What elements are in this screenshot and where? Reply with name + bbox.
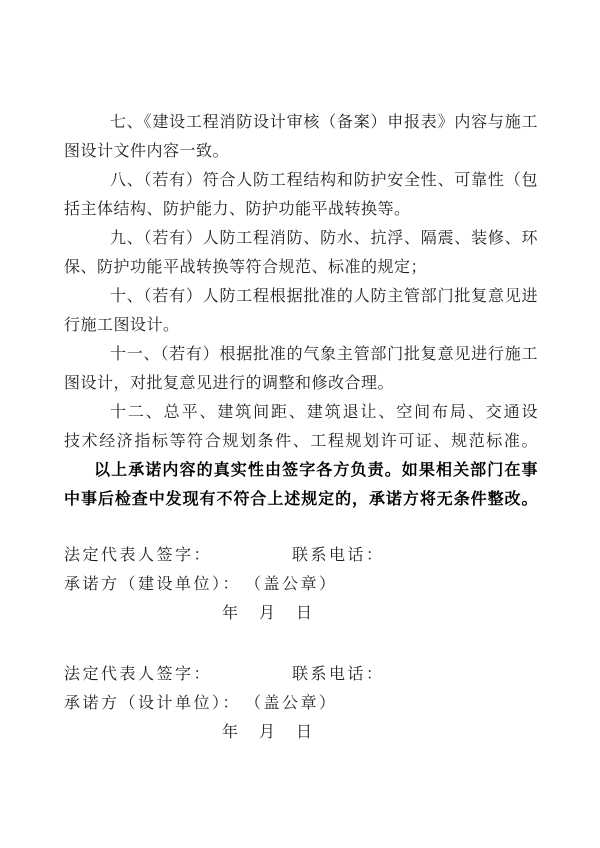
body-line: 七、《建设工程消防设计审核（备案）申报表》内容与施工 xyxy=(64,108,538,137)
date-row: 年 月 日 xyxy=(64,599,600,628)
body-line: 括主体结构、防护能力、防护功能平战转换等。 xyxy=(64,195,538,224)
official-seal-label: （盖公章） xyxy=(253,576,338,593)
body-line: 十、（若有）人防工程根据批准的人防主管部门批复意见进 xyxy=(64,282,538,311)
official-seal-label: （盖公章） xyxy=(253,695,338,712)
party-row: 承诺方（设计单位）：（盖公章） xyxy=(64,689,600,718)
date-row: 年 月 日 xyxy=(64,718,600,747)
body-line: 八、（若有）符合人防工程结构和防护安全性、可靠性（包 xyxy=(64,166,538,195)
commitment-line: 中事后检查中发现有不符合上述规定的，承诺方将无条件整改。 xyxy=(64,485,538,514)
party-row: 承诺方（建设单位）：（盖公章） xyxy=(64,570,600,599)
legal-representative-signature-label: 法定代表人签字： xyxy=(64,547,212,564)
promising-party-label: 承诺方（建设单位）： xyxy=(64,576,241,593)
body-line: 十二、总平、建筑间距、建筑退让、空间布局、交通设计、 xyxy=(64,398,538,427)
signature-block-construction-unit: 法定代表人签字：联系电话： 承诺方（建设单位）：（盖公章） 年 月 日 xyxy=(64,541,600,628)
body-line: 行施工图设计。 xyxy=(64,311,538,340)
signature-block-design-unit: 法定代表人签字：联系电话： 承诺方（设计单位）：（盖公章） 年 月 日 xyxy=(64,660,600,747)
body-line: 九、（若有）人防工程消防、防水、抗浮、隔震、装修、环 xyxy=(64,224,538,253)
commitment-line: 以上承诺内容的真实性由签字各方负责。如果相关部门在事 xyxy=(64,456,538,485)
contact-phone-label: 联系电话： xyxy=(292,547,385,564)
body-line: 保、防护功能平战转换等符合规范、标准的规定； xyxy=(64,253,538,282)
legal-representative-signature-label: 法定代表人签字： xyxy=(64,666,212,683)
date-line: 年 月 日 xyxy=(222,605,315,622)
body-line: 技术经济指标等符合规划条件、工程规划许可证、规范标准。 xyxy=(64,427,538,456)
body-line: 十一、（若有）根据批准的气象主管部门批复意见进行施工 xyxy=(64,340,538,369)
body-line: 图设计文件内容一致。 xyxy=(64,137,538,166)
signature-row: 法定代表人签字：联系电话： xyxy=(64,660,600,689)
document-body: 七、《建设工程消防设计审核（备案）申报表》内容与施工 图设计文件内容一致。 八、… xyxy=(0,0,600,514)
signature-row: 法定代表人签字：联系电话： xyxy=(64,541,600,570)
promising-party-label: 承诺方（设计单位）： xyxy=(64,695,241,712)
body-line: 图设计，对批复意见进行的调整和修改合理。 xyxy=(64,369,538,398)
document-page: 七、《建设工程消防设计审核（备案）申报表》内容与施工 图设计文件内容一致。 八、… xyxy=(0,0,600,848)
contact-phone-label: 联系电话： xyxy=(292,666,385,683)
date-line: 年 月 日 xyxy=(222,724,315,741)
